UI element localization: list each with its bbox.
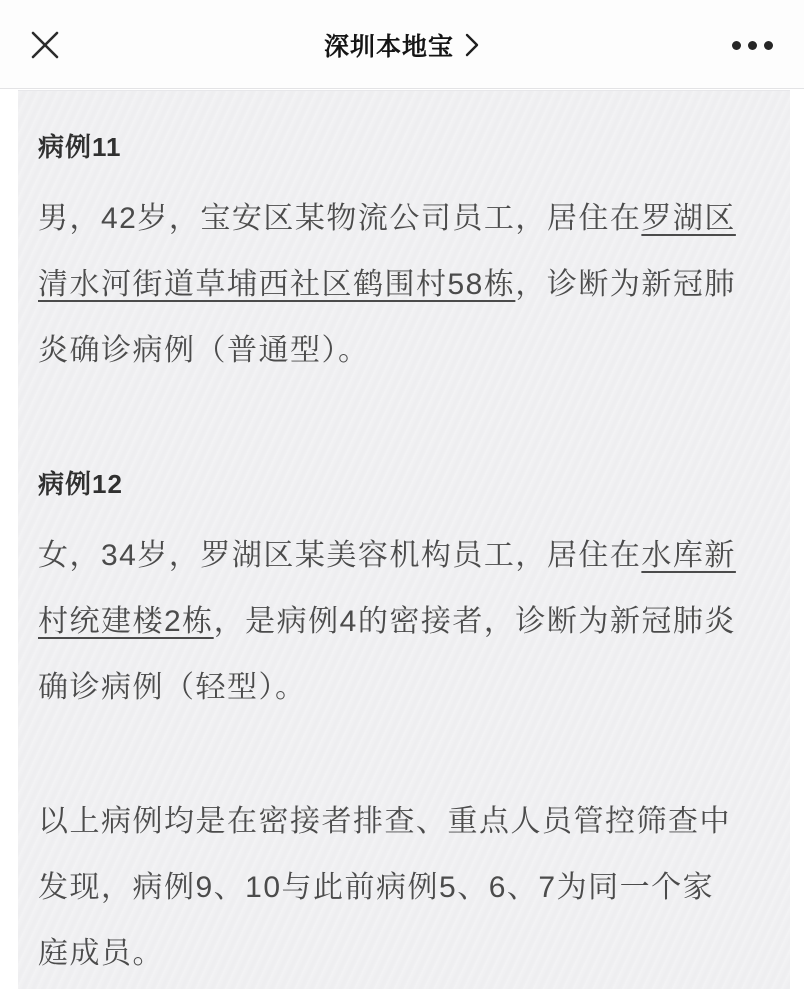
case-paragraph: 男，42岁，宝安区某物流公司员工，居住在罗湖区清水河街道草埔西社区鹤围村58栋，… <box>38 186 738 384</box>
close-button[interactable] <box>26 26 64 64</box>
text-segment: 以上病例均是在密接者排查、重点人员管控筛查中发现，病例9、10与此前病例5、6、… <box>38 805 731 970</box>
article-section: 病例11男，42岁，宝安区某物流公司员工，居住在罗湖区清水河街道草埔西社区鹤围村… <box>38 127 770 384</box>
case-heading: 病例12 <box>38 464 770 501</box>
chevron-right-icon <box>464 32 480 58</box>
text-segment: 女，34岁，罗湖区某美容机构员工，居住在 <box>38 539 641 572</box>
navbar-title-area: 深圳本地宝 <box>0 0 804 89</box>
article-scroll-area[interactable]: 病例11男，42岁，宝安区某物流公司员工，居住在罗湖区清水河街道草埔西社区鹤围村… <box>0 90 804 989</box>
case-paragraph: 女，34岁，罗湖区某美容机构员工，居住在水库新村统建楼2栋，是病例4的密接者，诊… <box>38 523 738 721</box>
text-segment: 男，42岁，宝安区某物流公司员工，居住在 <box>38 202 641 235</box>
page-title: 深圳本地宝 <box>324 27 454 63</box>
more-icon <box>732 41 773 50</box>
official-account-link[interactable]: 深圳本地宝 <box>324 27 480 63</box>
article-body: 病例11男，42岁，宝安区某物流公司员工，居住在罗湖区清水河街道草埔西社区鹤围村… <box>38 127 770 987</box>
article-section: 以上病例均是在密接者排查、重点人员管控筛查中发现，病例9、10与此前病例5、6、… <box>38 789 770 987</box>
article-section: 病例12女，34岁，罗湖区某美容机构员工，居住在水库新村统建楼2栋，是病例4的密… <box>38 464 770 721</box>
wechat-article-page: 深圳本地宝 病例11男，42岁，宝安区某物流公司员工，居住在罗湖区清水河街道草埔… <box>0 0 804 989</box>
article-text-image: 病例11男，42岁，宝安区某物流公司员工，居住在罗湖区清水河街道草埔西社区鹤围村… <box>18 90 790 989</box>
more-menu-button[interactable] <box>726 32 778 58</box>
case-heading: 病例11 <box>38 127 770 164</box>
navbar: 深圳本地宝 <box>0 0 804 89</box>
close-icon <box>29 29 61 61</box>
case-paragraph: 以上病例均是在密接者排查、重点人员管控筛查中发现，病例9、10与此前病例5、6、… <box>38 789 738 987</box>
